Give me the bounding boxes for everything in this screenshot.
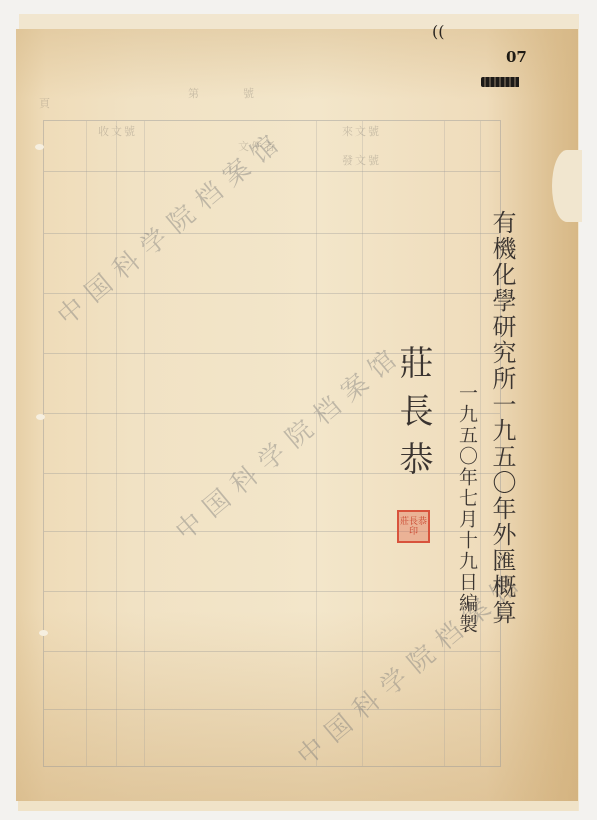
paper-tear [552,150,582,222]
page-number: 07 [506,48,527,66]
punch-hole [36,414,45,420]
compile-date: 一九五〇年七月十九日編製 [456,383,478,635]
punch-hole [35,144,44,150]
archive-mark: (( [432,22,444,41]
form-label: 號 [243,85,256,101]
underlying-sheet-edge [18,801,578,811]
form-label: 頁 [39,95,52,111]
form-label: 第 [188,85,201,101]
punch-hole [39,630,48,636]
red-seal-stamp: 莊長恭印 [397,510,430,543]
document-title: 有機化學研究所一九五〇年外匯概算 [488,210,516,626]
form-header: 頁 第 號 [43,75,499,115]
author-signature: 莊長恭 [394,345,432,489]
